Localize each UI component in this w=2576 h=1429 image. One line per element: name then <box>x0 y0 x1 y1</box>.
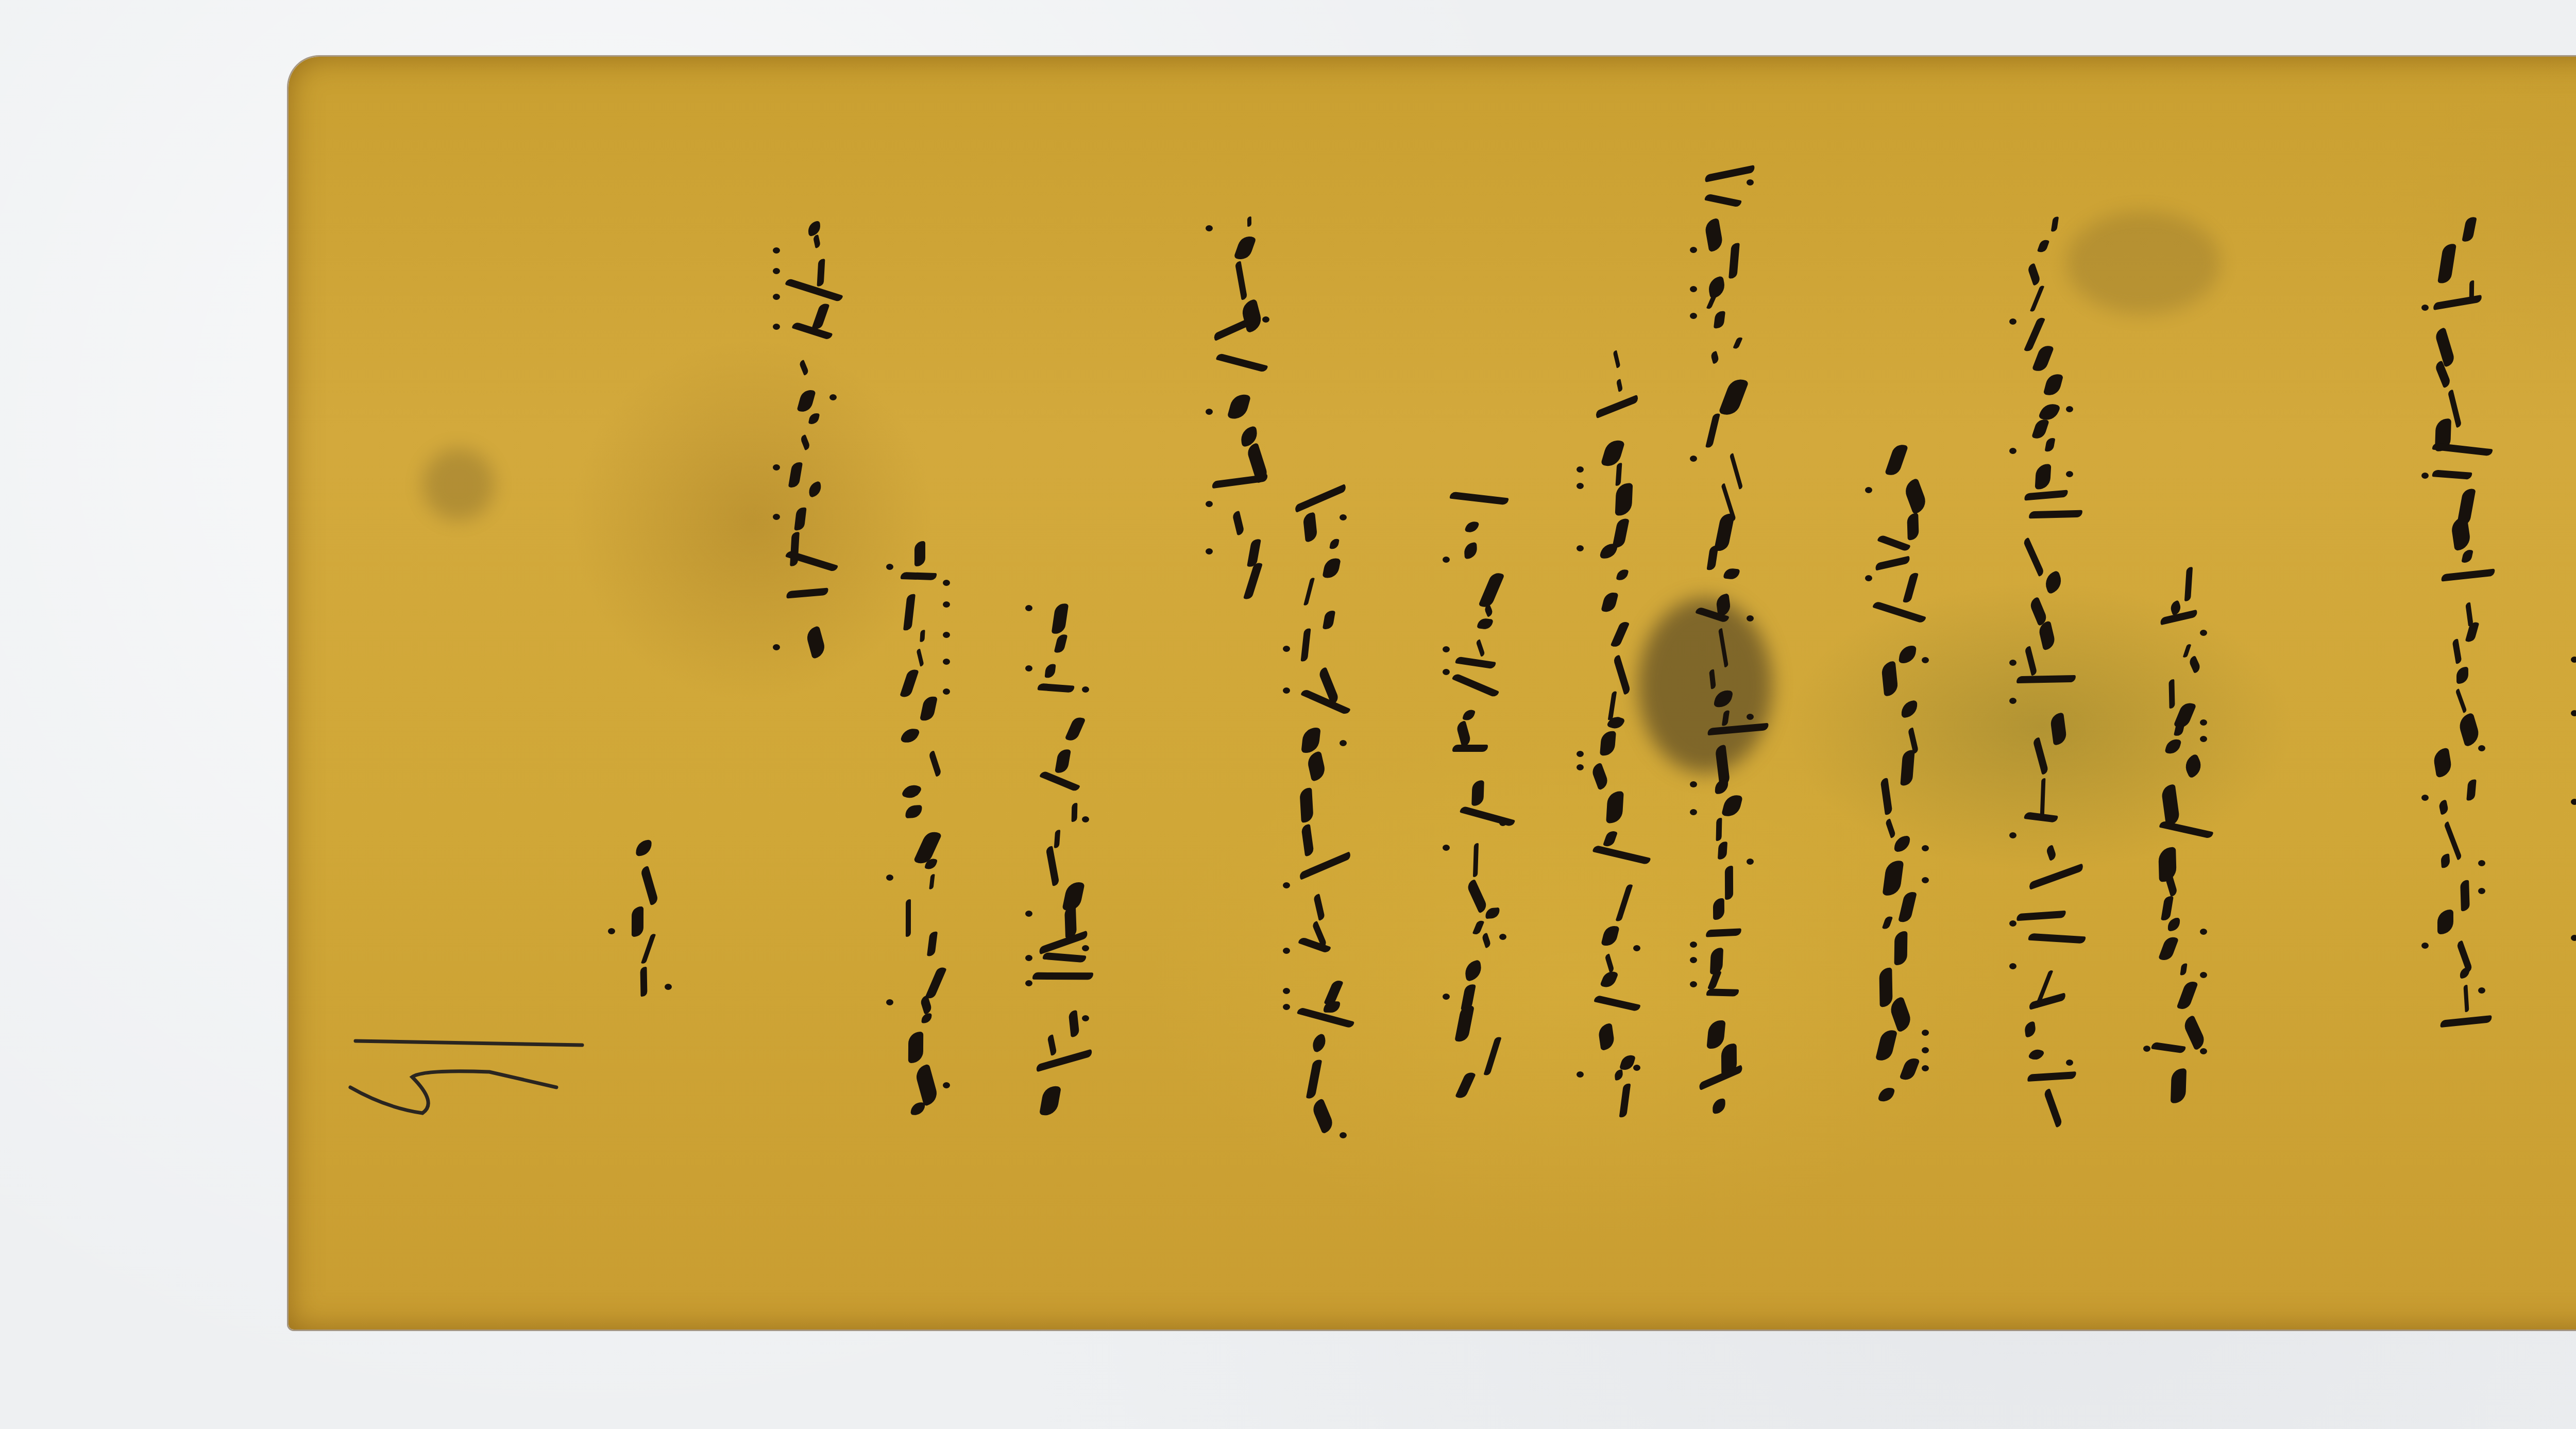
script-line-col-9 <box>1283 495 1355 1113</box>
script-line-col-8 <box>1443 495 1515 1113</box>
foxing-spot <box>422 448 495 520</box>
script-line-col-5 <box>1865 443 1937 1113</box>
manuscript-folio <box>289 57 2576 1330</box>
script-line-col-12 <box>886 541 958 1118</box>
script-line-col-4 <box>2009 216 2081 1103</box>
script-line-col-6 <box>1690 170 1762 1123</box>
script-line-col-10 <box>1206 216 1278 598</box>
script-line-col-11 <box>1025 603 1097 1129</box>
script-line-col-14 <box>608 840 680 979</box>
script-line-col-7 <box>1577 350 1649 1103</box>
script-line-col-13 <box>773 222 845 654</box>
pencil-folio-number: 5 <box>335 1005 592 1118</box>
script-line-col-1 <box>2571 505 2576 1056</box>
script-line-col-2 <box>2421 216 2494 1062</box>
water-stain <box>2066 211 2221 314</box>
pencil-mark-icon <box>335 1005 592 1118</box>
script-line-col-3 <box>2143 567 2215 1103</box>
